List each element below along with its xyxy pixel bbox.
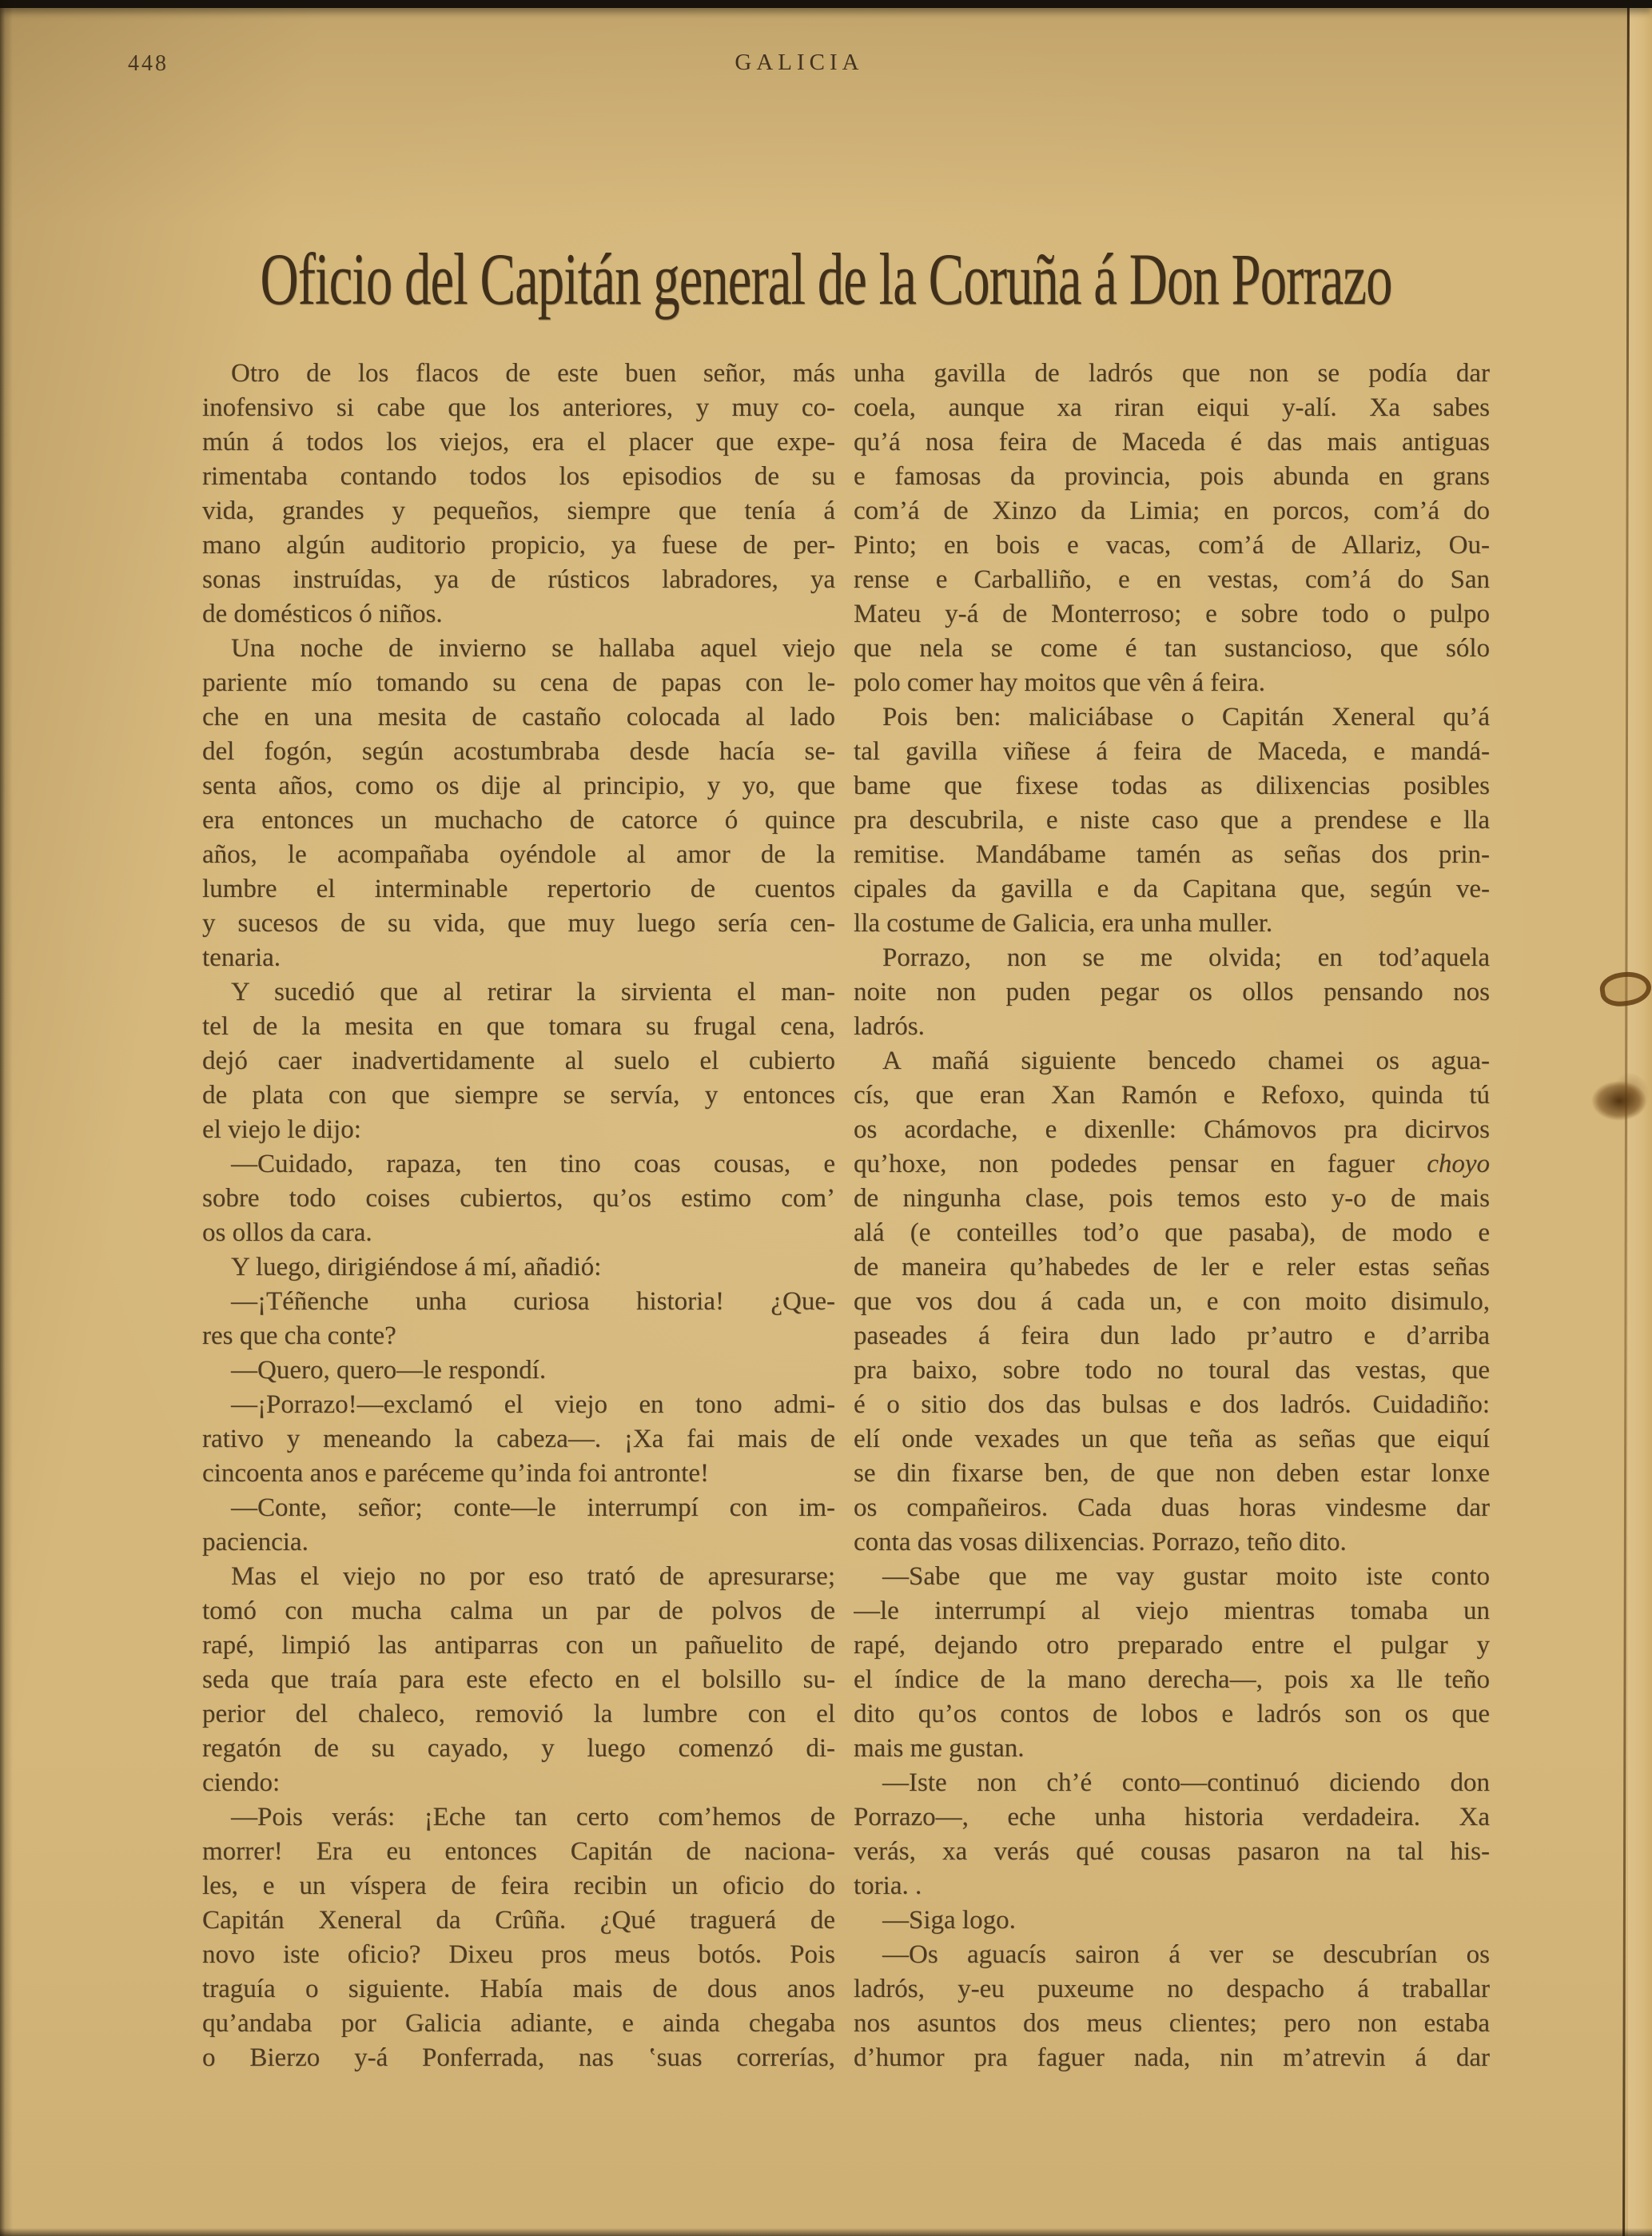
text-line: —Siga logo. [854, 1903, 1490, 1938]
scan-edge-bottom [0, 2228, 1652, 2236]
text-line: Porrazo—, eche unha historia verdadeira.… [854, 1800, 1490, 1835]
text-line: de maneira qu’habedes de ler e reler est… [854, 1250, 1490, 1285]
text-line: nos asuntos dos meus clientes; pero non … [854, 2007, 1490, 2041]
text-line: perior del chaleco, removió la lumbre co… [202, 1697, 835, 1732]
text-line: sobre todo coises cubiertos, qu’os estim… [202, 1182, 835, 1216]
text-line: remitise. Mandábame tamén as señas dos p… [854, 838, 1490, 872]
scan-edge-left [0, 0, 13, 2236]
text-line: dito qu’os contos de lobos e ladrós son … [854, 1697, 1490, 1732]
text-line: elí onde vexades un que teña as señas qu… [854, 1422, 1490, 1457]
text-line: rapé, limpió las antiparras con un pañue… [202, 1628, 835, 1663]
text-line: che en una mesita de castaño colocada al… [202, 700, 835, 735]
text-line: Pinto; en bois e vacas, com’á de Allariz… [854, 528, 1490, 563]
text-column-right: unha gavilla de ladrós que non se podía … [854, 357, 1490, 2075]
text-line: rativo y meneando la cabeza—. ¡Xa fai ma… [202, 1422, 835, 1457]
text-line: —Os aguacís sairon á ver se descubrían o… [854, 1938, 1490, 1972]
text-line: dejó caer inadvertidamente al suelo el c… [202, 1044, 835, 1078]
text-line: cipales da gavilla e da Capitana que, se… [854, 872, 1490, 907]
text-line: conta das vosas dilixencias. Porrazo, te… [854, 1525, 1490, 1560]
text-line: A mañá siguiente bencedo chamei os agua- [854, 1044, 1490, 1078]
text-line: mais me gustan. [854, 1732, 1490, 1766]
text-line: qu’andaba por Galicia adiante, e ainda c… [202, 2007, 835, 2041]
text-line: regatón de su cayado, y luego comenzó di… [202, 1732, 835, 1766]
text-line: Y luego, dirigiéndose á mí, añadió: [202, 1250, 835, 1285]
text-line: tel de la mesita en que tomara su frugal… [202, 1010, 835, 1044]
text-line: coela, aunque xa riran eiqui y-alí. Xa s… [854, 391, 1490, 425]
text-line: qu’hoxe, non podedes pensar en faguer ch… [854, 1147, 1490, 1182]
text-line: el viejo le dijo: [202, 1113, 835, 1147]
text-line: del fogón, según acostumbraba desde hací… [202, 735, 835, 769]
text-line: os ollos da cara. [202, 1216, 835, 1250]
text-line: —Sabe que me vay gustar moito iste conto [854, 1560, 1490, 1594]
text-line: y sucesos de su vida, que muy luego serí… [202, 907, 835, 941]
text-line: ladrós. [854, 1010, 1490, 1044]
text-line: —¡Porrazo!—exclamó el viejo en tono admi… [202, 1388, 835, 1422]
text-line: alá (e conteilles tod’o que pasaba), de … [854, 1216, 1490, 1250]
text-line: el índice de la mano derecha—, pois xa l… [854, 1663, 1490, 1697]
text-line: Mateu y-á de Monterroso; e sobre todo o … [854, 597, 1490, 632]
text-line: senta años, como os dije al principio, y… [202, 769, 835, 803]
text-line: os compañeiros. Cada duas horas vindesme… [854, 1491, 1490, 1525]
text-line: cís, que eran Xan Ramón e Refoxo, quinda… [854, 1078, 1490, 1113]
text-line: pra baixo, sobre todo no toural das vest… [854, 1353, 1490, 1388]
scan-edge-top [0, 0, 1652, 8]
text-line: sonas instruídas, ya de rústicos labrado… [202, 563, 835, 597]
text-line: paseades á feira dun lado pr’autro e d’a… [854, 1319, 1490, 1353]
text-line: noite non puden pegar os ollos pensando … [854, 975, 1490, 1010]
text-line: toria. . [854, 1869, 1490, 1903]
text-line: é o sitio dos das bulsas e dos ladrós. C… [854, 1388, 1490, 1422]
text-line: pariente mío tomando su cena de papas co… [202, 666, 835, 700]
text-line: inofensivo si cabe que los anteriores, y… [202, 391, 835, 425]
text-line: de plata con que siempre se servía, y en… [202, 1078, 835, 1113]
text-line: —Quero, quero—le respondí. [202, 1353, 835, 1388]
text-line: unha gavilla de ladrós que non se podía … [854, 357, 1490, 391]
text-line: Y sucedió que al retirar la sirvienta el… [202, 975, 835, 1010]
text-line: Pois ben: maliciábase o Capitán Xeneral … [854, 700, 1490, 735]
text-line: res que cha conte? [202, 1319, 835, 1353]
text-line: lumbre el interminable repertorio de cue… [202, 872, 835, 907]
text-line: Otro de los flacos de este buen señor, m… [202, 357, 835, 391]
article-title: Oficio del Capitán general de la Coruña … [50, 238, 1602, 322]
text-line: com’á de Xinzo da Limia; en porcos, com’… [854, 494, 1490, 528]
text-line: qu’á nosa feira de Maceda é das mais ant… [854, 425, 1490, 460]
text-line: de ningunha clase, pois temos esto y-o d… [854, 1182, 1490, 1216]
text-line: rimentaba contando todos los episodios d… [202, 460, 835, 494]
text-line: les, e un víspera de feira recibin un of… [202, 1869, 835, 1903]
text-line: era entonces un muchacho de catorce ó qu… [202, 803, 835, 838]
text-line: pra descubrila, e niste caso que a prend… [854, 803, 1490, 838]
text-line: o Bierzo y-á Ponferrada, nas ʽsuas corre… [202, 2041, 835, 2075]
text-line: —le interrumpí al viejo mientras tomaba … [854, 1594, 1490, 1628]
book-page-scan: 448 GALICIA Oficio del Capitán general d… [0, 0, 1652, 2236]
text-line: paciencia. [202, 1525, 835, 1560]
text-line: ciendo: [202, 1766, 835, 1800]
text-line: años, le acompañaba oyéndole al amor de … [202, 838, 835, 872]
text-line: polo comer hay moitos que vên á feira. [854, 666, 1490, 700]
text-line: os acordache, e dixenlle: Chámovos pra d… [854, 1113, 1490, 1147]
running-head-journal-title: GALICIA [0, 50, 1598, 76]
text-line: —Cuidado, rapaza, ten tino coas cousas, … [202, 1147, 835, 1182]
text-line: Mas el viejo no por eso trató de apresur… [202, 1560, 835, 1594]
text-line: —¡Téñenche unha curiosa historia! ¿Que- [202, 1285, 835, 1319]
text-line: novo iste oficio? Dixeu pros meus botós.… [202, 1938, 835, 1972]
text-line: tenaria. [202, 941, 835, 975]
text-line: tal gavilla viñese á feira de Maceda, e … [854, 735, 1490, 769]
text-line: bame que fixese todas as dilixencias pos… [854, 769, 1490, 803]
text-line: vida, grandes y pequeños, siempre que te… [202, 494, 835, 528]
text-line: Capitán Xeneral da Crûña. ¿Qué traguerá … [202, 1903, 835, 1938]
text-line: mún á todos los viejos, era el placer qu… [202, 425, 835, 460]
text-line: —Conte, señor; conte—le interrumpí con i… [202, 1491, 835, 1525]
text-line: e famosas da provincia, pois abunda en g… [854, 460, 1490, 494]
text-line: rapé, dejando otro preparado entre el pu… [854, 1628, 1490, 1663]
text-line: verás, xa verás qué cousas pasaron na ta… [854, 1835, 1490, 1869]
text-line: lla costume de Galicia, era unha muller. [854, 907, 1490, 941]
text-line: d’humor pra faguer nada, nin m’atrevin á… [854, 2041, 1490, 2075]
text-line: seda que traía para este efecto en el bo… [202, 1663, 835, 1697]
text-line: Porrazo, non se me olvida; en tod’aquela [854, 941, 1490, 975]
text-column-left: Otro de los flacos de este buen señor, m… [202, 357, 835, 2075]
text-line: tomó con mucha calma un par de polvos de [202, 1594, 835, 1628]
text-line: traguía o siguiente. Había mais de dous … [202, 1972, 835, 2007]
text-line: morrer! Era eu entonces Capitán de nacio… [202, 1835, 835, 1869]
text-line: se din fixarse ben, de que non deben est… [854, 1457, 1490, 1491]
text-line: de domésticos ó niños. [202, 597, 835, 632]
text-line: cincoenta anos e paréceme qu’inda foi an… [202, 1457, 835, 1491]
text-line: Una noche de invierno se hallaba aquel v… [202, 632, 835, 666]
text-line: rense e Carballiño, e en vestas, com’á d… [854, 563, 1490, 597]
text-line: —Pois verás: ¡Eche tan certo com’hemos d… [202, 1800, 835, 1835]
ink-stain-large [1589, 1071, 1652, 1130]
text-line: —Iste non ch’é conto—continuó diciendo d… [854, 1766, 1490, 1800]
text-line: ladrós, y-eu puxeume no despacho á traba… [854, 1972, 1490, 2007]
text-line: que vos dou á cada un, e con moito disim… [854, 1285, 1490, 1319]
text-line: mano algún auditorio propicio, ya fuese … [202, 528, 835, 563]
text-line: que nela se come é tan sustancioso, que … [854, 632, 1490, 666]
